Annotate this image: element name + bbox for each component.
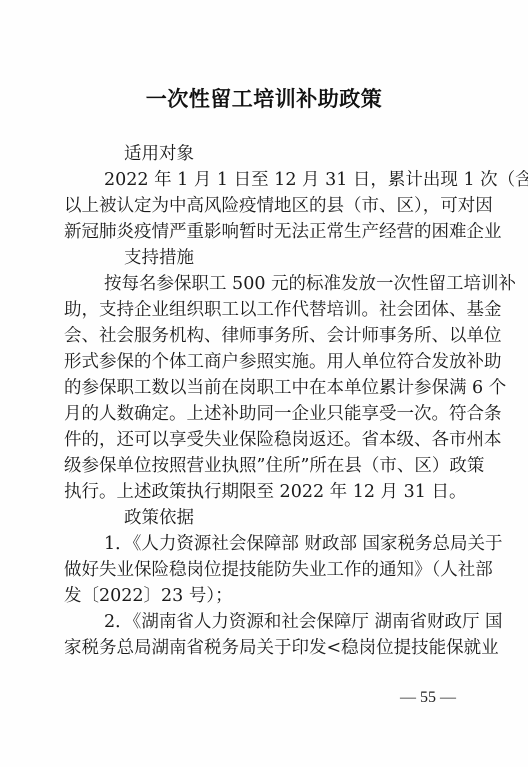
section-heading-support-measures: 支持措施	[64, 245, 464, 271]
paragraph-line: 的参保职工数以当前在岗职工中在本单位累计参保满 6 个	[64, 375, 464, 401]
paragraph-line: 按每名参保职工 500 元的标准发放一次性留工培训补	[64, 271, 464, 297]
paragraph-line: 2．《湖南省人力资源和社会保障厅 湖南省财政厅 国	[64, 609, 464, 635]
page-title: 一次性留工培训补助政策	[0, 83, 528, 113]
paragraph-line: 2022 年 1 月 1 日至 12 月 31 日，累计出现 1 次（含）	[64, 167, 464, 193]
paragraph-line: 发〔2022〕23 号）；	[64, 583, 464, 609]
document-body: 适用对象 2022 年 1 月 1 日至 12 月 31 日，累计出现 1 次（…	[64, 141, 464, 661]
paragraph-line: 形式参保的个体工商户参照实施。用人单位符合发放补助	[64, 349, 464, 375]
paragraph-line: 家税务总局湖南省税务局关于印发<稳岗位提技能保就业	[64, 635, 464, 661]
section-heading-applicable-targets: 适用对象	[64, 141, 464, 167]
paragraph-line: 会、社会服务机构、律师事务所、会计师事务所、以单位	[64, 323, 464, 349]
paragraph-line: 件的，还可以享受失业保险稳岗返还。省本级、各市州本	[64, 427, 464, 453]
paragraph-line: 月的人数确定。上述补助同一企业只能享受一次。符合条	[64, 401, 464, 427]
paragraph-line: 执行。上述政策执行期限至 2022 年 12 月 31 日。	[64, 479, 464, 505]
section-heading-policy-basis: 政策依据	[64, 505, 464, 531]
paragraph-line: 级参保单位按照营业执照”住所”所在县（市、区）政策	[64, 453, 464, 479]
paragraph-line: 新冠肺炎疫情严重影响暂时无法正常生产经营的困难企业	[64, 219, 464, 245]
paragraph-line: 以上被认定为中高风险疫情地区的县（市、区），可对因	[64, 193, 464, 219]
paragraph-line: 1．《人力资源社会保障部 财政部 国家税务总局关于	[64, 531, 464, 557]
paragraph-line: 做好失业保险稳岗位提技能防失业工作的通知》（人社部	[64, 557, 464, 583]
document-page: 一次性留工培训补助政策 适用对象 2022 年 1 月 1 日至 12 月 31…	[0, 0, 528, 767]
paragraph-line: 助，支持企业组织职工以工作代替培训。社会团体、基金	[64, 297, 464, 323]
page-number: — 55 —	[400, 689, 456, 707]
